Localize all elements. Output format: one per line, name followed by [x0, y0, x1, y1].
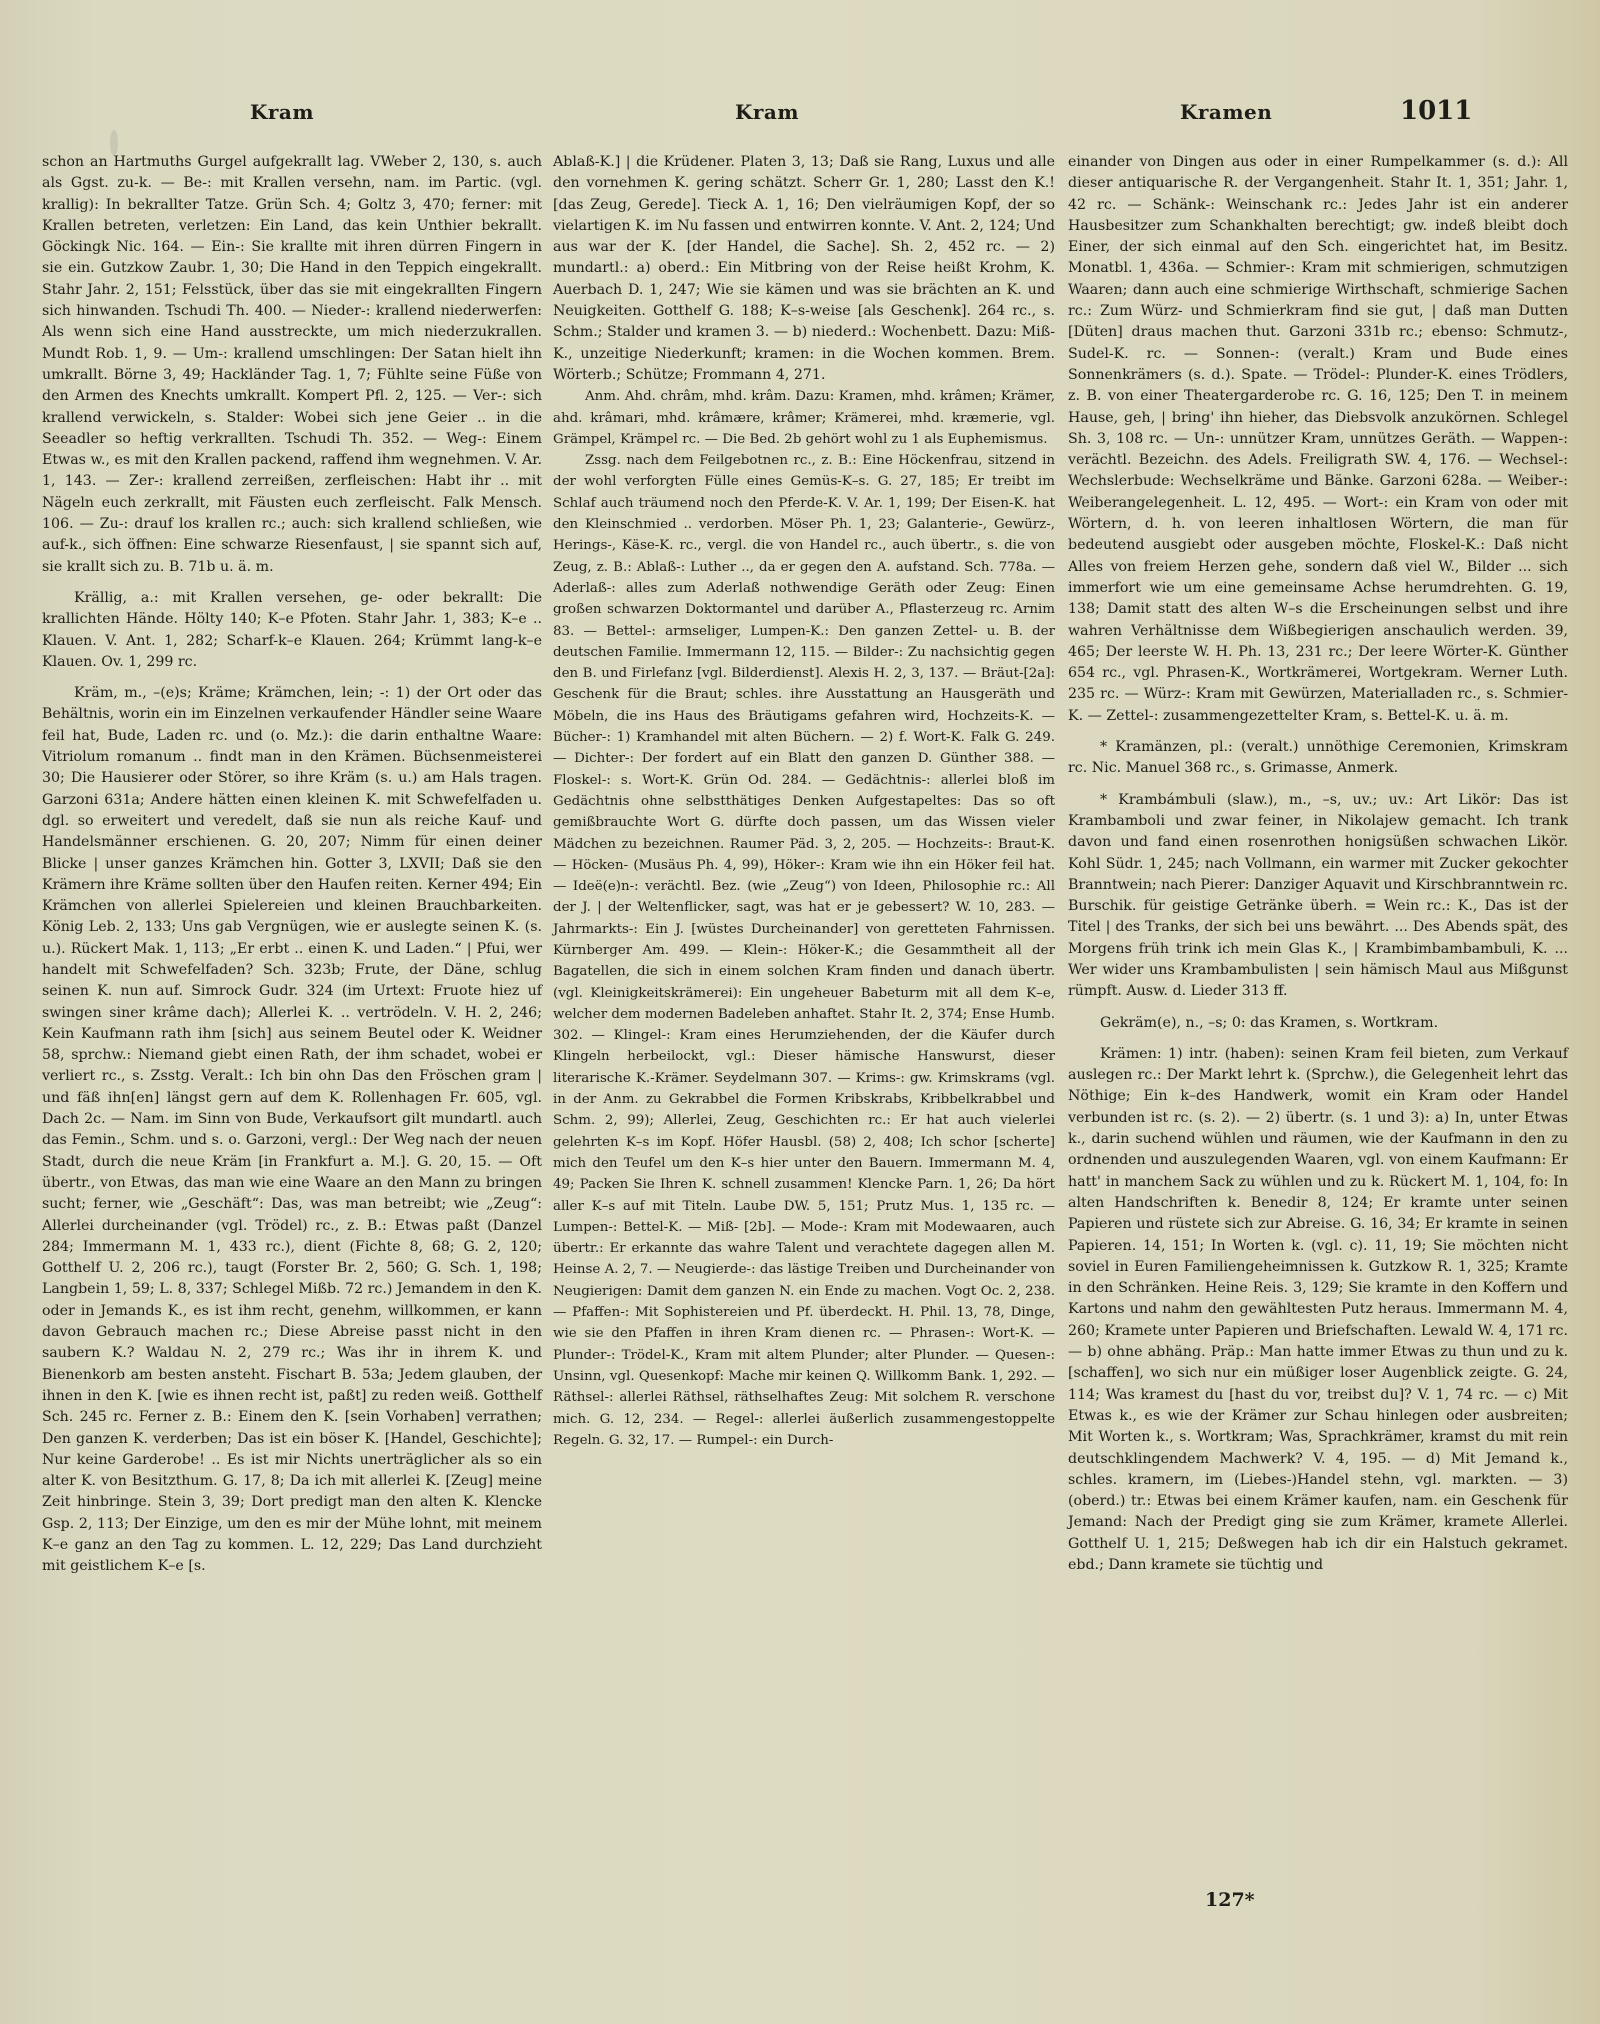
text-column-2: Ablaß-K.] | die Krüdener. Platen 3, 13; … [553, 152, 1055, 1451]
dictionary-page: Kram Kram Kramen 1011 schon an Hartmuths… [0, 0, 1600, 2024]
entry-kram-compounds: Zssg. nach dem Feilgebotnen rc., z. B.: … [553, 450, 1055, 1451]
signature-mark: 127* [1205, 1889, 1255, 1911]
entry-kram-continued: Ablaß-K.] | die Krüdener. Platen 3, 13; … [553, 152, 1055, 386]
entry-kram-annotation: Anm. Ahd. chrâm, mhd. krâm. Dazu: Kramen… [553, 386, 1055, 450]
running-header: Kram Kram Kramen 1011 [0, 100, 1600, 140]
text-column-1: schon an Hartmuths Gurgel aufgekrallt la… [42, 152, 542, 1578]
entry-kram-compounds-continued: einander von Dingen aus oder in einer Ru… [1068, 152, 1568, 727]
entry-kraemen: Krämen: 1) intr. (haben): seinen Kram fe… [1068, 1044, 1568, 1576]
entry-gekraeme: Gekräm(e), n., –s; 0: das Kramen, s. Wor… [1068, 1013, 1568, 1034]
entry-kram: Kräm, m., –(e)s; Kräme; Krämchen, lein; … [42, 683, 542, 1577]
entry-kraellig: Krällig, a.: mit Krallen versehen, ge- o… [42, 588, 542, 673]
entry-kramaenzen: * Kramänzen, pl.: (veralt.) unnöthige Ce… [1068, 737, 1568, 780]
entry-continuation-krallen: schon an Hartmuths Gurgel aufgekrallt la… [42, 152, 542, 578]
entry-krambambuli: * Krambámbuli (slaw.), m., –s, uv.; uv.:… [1068, 790, 1568, 1003]
running-headword-right: Kramen [1180, 100, 1272, 124]
running-headword-middle: Kram [735, 100, 799, 124]
text-column-3: einander von Dingen aus oder in einer Ru… [1068, 152, 1568, 1576]
page-number: 1011 [1400, 96, 1472, 126]
running-headword-left: Kram [250, 100, 314, 124]
